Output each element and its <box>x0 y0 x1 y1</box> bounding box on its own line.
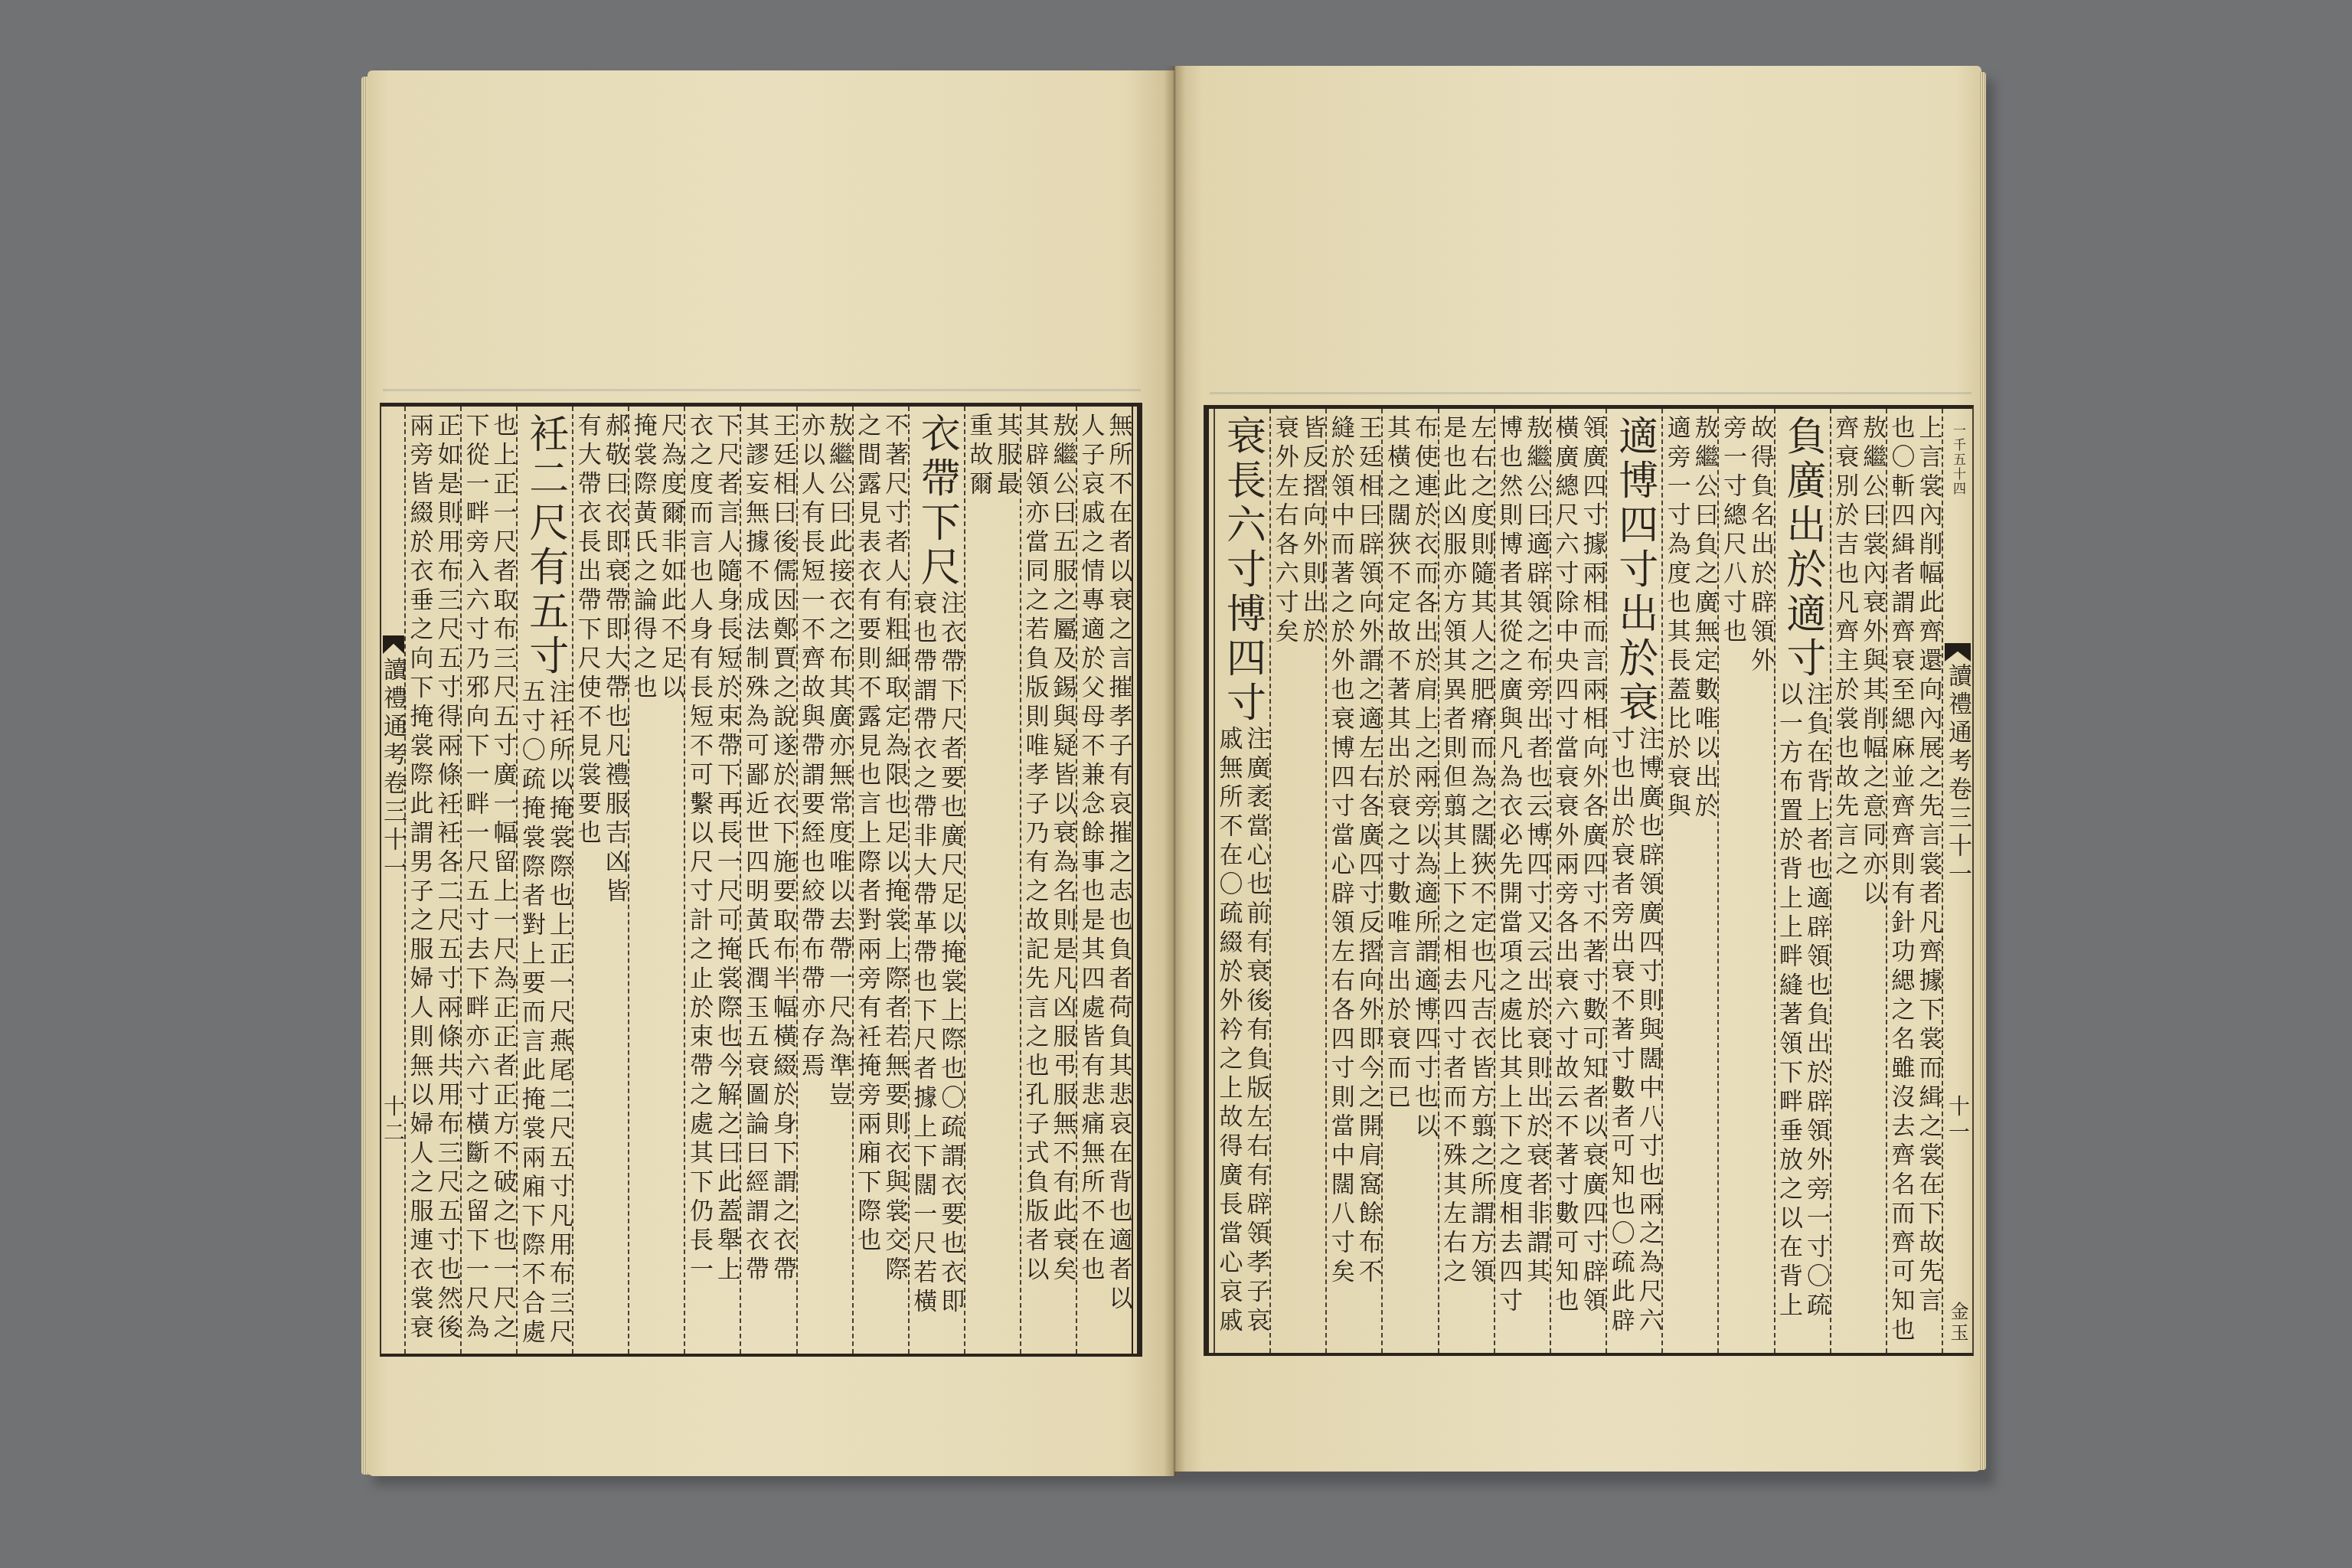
commentary-note: 注廣袤當心也前有衰後有負版左右有辟領孝子哀 戚無所不在〇疏綴於外衿之上故得廣長當… <box>1217 726 1269 1337</box>
commentary-note: 敖繼公曰裳內衰外與其削幅之意同亦以 齊衰別於吉也凡齊主於裳也故先言之 <box>1832 415 1884 910</box>
text-column: 故得負名出於辟領外 旁一寸總尺八寸也 <box>1717 409 1773 1353</box>
commentary-note: 敖繼公曰五服之屬及錫與疑皆以衰為名則是凡凶服弔服無不有此衰矣 其辟領亦當同之若負… <box>1022 413 1074 1285</box>
text-column: 衰長六寸博四寸 注廣袤當心也前有衰後有負版左右有辟領孝子哀 戚無所不在〇疏綴於外… <box>1214 409 1269 1353</box>
text-column: 尺為度爾非如此不足以 掩裳際黃氏之論得之也 <box>628 407 684 1354</box>
commentary-note: 正如是則用布三尺五寸得兩條衽衽各二尺五寸兩條共用布三尺五寸也然後 兩旁皆綴於衣垂… <box>407 413 459 1344</box>
note-right-line: 皆反摺向外則出於 <box>1300 415 1325 648</box>
note-left-line: 之間露見表衣有要則不露見也言上際者對兩旁有衽掩旁兩廂下際也 <box>854 413 879 1285</box>
page-stack-edge-right <box>1978 72 1986 1470</box>
note-right-line: 敖繼公曰此接衣之布其廣亦無常度唯以去帶一尺為準豈 <box>826 413 851 1111</box>
commentary-note: 注衽所以掩裳際也上正一尺燕尾二尺五寸凡用布三尺 五寸〇疏掩裳際者對上要而言此掩裳… <box>519 679 571 1348</box>
note-right-line: 不著尺寸者人有粗細取定為限也足以掩裳上際者若無要則衣與裳交際 <box>882 413 906 1285</box>
note-right-line: 領廣四寸據兩相而言兩相向外各廣四寸不著寸數可知者以衰廣四寸辟領 <box>1579 415 1604 1317</box>
left-page-banxin-margin: 讀禮通考卷三十一 十二 <box>381 407 404 1354</box>
note-right-line: 故得負名出於辟領外 <box>1748 415 1772 677</box>
note-right-line: 正如是則用布三尺五寸得兩條衽衽各二尺五寸兩條共用布三尺五寸也然後 <box>435 413 459 1344</box>
text-column: 也上正一尺者取布三尺五寸廣一幅留上一尺為正正者正方不破之也一尺之 下從一畔旁入六… <box>460 407 516 1354</box>
fish-tail-icon <box>1945 643 1971 661</box>
commentary-note: 尺為度爾非如此不足以 掩裳際黃氏之論得之也 <box>631 413 683 704</box>
commentary-note: 下尺者言人隨身長短於束帶下再長一尺可掩裳際也今解之曰此蓋舉上 衣之度而言也人身有… <box>687 413 739 1285</box>
text-column: 領廣四寸據兩相而言兩相向外各廣四寸不著寸數可知者以衰廣四寸辟領 橫廣總尺六寸除中… <box>1550 409 1606 1353</box>
note-left-line: 也〇斬四緝者謂齊衰至緦麻並齊齊則有針功緦之名雖沒去齊名而齊可知也 <box>1888 415 1913 1346</box>
note-right-line: 郝敬曰衣即衰帶即大帶也凡禮服吉凶皆 <box>603 413 627 907</box>
text-column: 郝敬曰衣即衰帶即大帶也凡禮服吉凶皆 有大帶衣長出帶下尺使不見裳要也 <box>572 407 628 1354</box>
note-left-line: 衰也帶謂帶衣之帶非大帶革帶也下尺者據上下闊一尺若橫 <box>910 590 935 1318</box>
text-column: 適博四寸出於衰 注博廣也辟領廣四寸則與闊中八寸也兩之為尺六 寸也出於衰者旁出衰不… <box>1606 409 1661 1353</box>
commentary-note: 敖繼公曰負之廣無定數唯以出於 適旁一寸為度也其長蓋比於衰與 <box>1664 415 1717 822</box>
book-spine-fold <box>1164 66 1185 1476</box>
text-column: 負廣出於適寸 注負在背上者也適辟領也負出於辟領外旁一寸〇疏 以一方布置於背上上畔… <box>1774 409 1830 1353</box>
commentary-note: 布使連於衣而各出於肩上之兩旁以為適所謂適博四寸也以 其橫之闊狹不定故不著其出於衰… <box>1384 415 1436 1142</box>
note-right-line: 敖繼公曰負之廣無定數唯以出於 <box>1692 415 1717 822</box>
commentary-note: 敖繼公曰此接衣之布其廣亦無常度唯以去帶一尺為準豈 亦以人有長短一不齊故與帶謂要絰… <box>799 413 851 1111</box>
text-column: 左右之度則隨其人之肥瘠而為之闊狹不定也凡吉衣皆方翦之所謂方領 是也此凶服亦方領其… <box>1438 409 1494 1353</box>
note-right-line: 王廷相曰辟領向外謂之適左右各廣四寸反摺向外即今之開肩窩餘布不 <box>1356 415 1380 1288</box>
note-right-line: 下尺者言人隨身長短於束帶下再長一尺可掩裳際也今解之曰此蓋舉上 <box>714 413 739 1285</box>
commentary-note: 上言裳內削幅此齊還向內展之先言裳者凡齊據下裳而緝之裳在下故先言 也〇斬四緝者謂齊… <box>1888 415 1940 1346</box>
note-right-line: 敖繼公曰裳內衰外與其削幅之意同亦以 <box>1860 415 1884 910</box>
show-through-line <box>1210 392 1971 394</box>
right-page-banxin-margin: 一千五十四 讀禮通考卷三十一 十一 金玉 <box>1942 409 1972 1353</box>
note-left-line: 其謬妄無據不成法制殊為可鄙近世四明黃氏潤玉五衰圖論曰經謂衣帶 <box>743 413 767 1285</box>
note-left-line: 下從一畔旁入六寸乃邪向下一畔一尺五寸去下畔亦六寸橫斷之留下一尺為 <box>463 413 488 1344</box>
page-number: 十一 <box>1946 1095 1969 1147</box>
commentary-note: 皆反摺向外則出於 衰外左右各六寸矣 <box>1272 415 1325 648</box>
note-left-line: 適旁一寸為度也其長蓋比於衰與 <box>1664 415 1689 822</box>
commentary-note: 不著尺寸者人有粗細取定為限也足以掩裳上際者若無要則衣與裳交際 之間露見表衣有要則… <box>854 413 906 1285</box>
commentary-note: 領廣四寸據兩相而言兩相向外各廣四寸不著寸數可知者以衰廣四寸辟領 橫廣總尺六寸除中… <box>1552 415 1604 1317</box>
note-left-line: 重故爾 <box>966 413 991 500</box>
page-number: 十二 <box>381 1095 404 1147</box>
text-column: 皆反摺向外則出於 衰外左右各六寸矣 <box>1269 409 1325 1353</box>
note-left-line: 戚無所不在〇疏綴於外衿之上故得廣長當心哀戚 <box>1217 726 1241 1337</box>
note-right-line: 注廣袤當心也前有衰後有負版左右有辟領孝子哀 <box>1244 726 1269 1337</box>
note-left-line: 其辟領亦當同之若負版則唯孝子乃有之故記先言之也孔子式負版者以 <box>1022 413 1047 1285</box>
note-right-line: 無所不在者以衰之言摧孝子有哀摧之志也負者荷負其悲哀在背也適者以 <box>1106 413 1130 1315</box>
main-text: 適博四寸出於衰 <box>1612 415 1657 726</box>
note-right-line: 敖繼公曰適辟領之布旁出者也云博四寸又云出於衰則出於衰者非謂其 <box>1524 415 1548 1317</box>
commentary-note: 敖繼公曰適辟領之布旁出者也云博四寸又云出於衰則出於衰者非謂其 博也然則博者其從之… <box>1496 415 1548 1317</box>
note-right-line: 敖繼公曰五服之屬及錫與疑皆以衰為名則是凡凶服弔服無不有此衰矣 <box>1050 413 1074 1285</box>
commentary-note: 注博廣也辟領廣四寸則與闊中八寸也兩之為尺六 寸也出於衰者旁出衰不著寸數者可知也〇… <box>1609 726 1661 1337</box>
note-left-line: 是也此凶服亦方領其異者則但翦其上下之相去四寸者而不殊其左右之 <box>1440 415 1465 1288</box>
main-text: 衣帶下尺 <box>914 413 959 590</box>
note-right-line: 注博廣也辟領廣四寸則與闊中八寸也兩之為尺六 <box>1636 726 1661 1337</box>
left-page-columns: 無所不在者以衰之言摧孝子有哀摧之志也負者荷負其悲哀在背也適者以 人子哀戚之情專適… <box>404 407 1133 1354</box>
fish-tail-icon <box>383 635 404 654</box>
note-right-line: 布使連於衣而各出於肩上之兩旁以為適所謂適博四寸也以 <box>1412 415 1436 1142</box>
main-text: 負廣出於適寸 <box>1780 415 1824 681</box>
right-page-text-frame: 上言裳內削幅此齊還向內展之先言裳者凡齊據下裳而緝之裳在下故先言 也〇斬四緝者謂齊… <box>1204 405 1974 1356</box>
note-right-line: 王廷相曰後儒因鄭賈之說遂於衣下施要取布半幅橫綴於身下謂之衣帶 <box>770 413 795 1285</box>
text-column: 布使連於衣而各出於肩上之兩旁以為適所謂適博四寸也以 其橫之闊狹不定故不著其出於衰… <box>1381 409 1437 1353</box>
note-right-line: 上言裳內削幅此齊還向內展之先言裳者凡齊據下裳而緝之裳在下故先言 <box>1916 415 1940 1346</box>
note-left-line: 兩旁皆綴於衣垂之向下掩裳際此謂男子之服婦人則無以婦人之服連衣裳衰 <box>407 413 432 1344</box>
text-column: 敖繼公曰此接衣之布其廣亦無常度唯以去帶一尺為準豈 亦以人有長短一不齊故與帶謂要絰… <box>796 407 852 1354</box>
text-column: 衽二尺有五寸 注衽所以掩裳際也上正一尺燕尾二尺五寸凡用布三尺 五寸〇疏掩裳際者對… <box>516 407 572 1354</box>
commentary-note: 王廷相曰辟領向外謂之適左右各廣四寸反摺向外即今之開肩窩餘布不 縫於領中而著之於外… <box>1328 415 1380 1288</box>
note-right-line: 尺為度爾非如此不足以 <box>658 413 683 704</box>
right-page-columns: 上言裳內削幅此齊還向內展之先言裳者凡齊據下裳而緝之裳在下故先言 也〇斬四緝者謂齊… <box>1214 409 1942 1353</box>
note-left-line: 齊衰別於吉也凡齊主於裳也故先言之 <box>1832 415 1857 910</box>
note-left-line: 五寸〇疏掩裳際者對上要而言此掩裳兩廂下際不合處 <box>519 679 544 1348</box>
note-left-line: 橫廣總尺六寸除中央四寸當衰衰外兩旁各出衰六寸故云不著寸數可知也 <box>1552 415 1576 1317</box>
text-column: 其服最 重故爾 <box>964 407 1020 1354</box>
text-column: 正如是則用布三尺五寸得兩條衽衽各二尺五寸兩條共用布三尺五寸也然後 兩旁皆綴於衣垂… <box>404 407 460 1354</box>
commentary-note: 也上正一尺者取布三尺五寸廣一幅留上一尺為正正者正方不破之也一尺之 下從一畔旁入六… <box>463 413 515 1344</box>
text-column: 敖繼公曰負之廣無定數唯以出於 適旁一寸為度也其長蓋比於衰與 <box>1661 409 1717 1353</box>
note-left-line: 以一方布置於背上上畔縫著領下畔垂放之以在背上 <box>1776 681 1801 1321</box>
commentary-note: 其服最 重故爾 <box>966 413 1018 500</box>
note-left-line: 亦以人有長短一不齊故與帶謂要絰也絞帶布帶亦存焉 <box>799 413 823 1111</box>
note-left-line: 旁一寸總尺八寸也 <box>1720 415 1745 677</box>
text-column: 敖繼公曰五服之屬及錫與疑皆以衰為名則是凡凶服弔服無不有此衰矣 其辟領亦當同之若負… <box>1020 407 1076 1354</box>
note-left-line: 衰外左右各六寸矣 <box>1272 415 1297 648</box>
main-text: 衰長六寸博四寸 <box>1220 415 1265 726</box>
commentary-note: 故得負名出於辟領外 旁一寸總尺八寸也 <box>1720 415 1772 677</box>
commentary-note: 郝敬曰衣即衰帶即大帶也凡禮服吉凶皆 有大帶衣長出帶下尺使不見裳要也 <box>575 413 627 907</box>
note-left-line: 有大帶衣長出帶下尺使不見裳要也 <box>575 413 599 907</box>
note-left-line: 縫於領中而著之於外也衰博四寸當心辟領左右各四寸則當中闊八寸矣 <box>1328 415 1353 1288</box>
text-column: 敖繼公曰裳內衰外與其削幅之意同亦以 齊衰別於吉也凡齊主於裳也故先言之 <box>1830 409 1886 1353</box>
note-left-line: 其橫之闊狹不定故不著其出於衰之寸數唯言出於衰而已 <box>1384 415 1409 1142</box>
commentary-note: 注衣帶下尺者要也廣尺足以掩裳上際也〇疏謂衣要也衣即 衰也帶謂帶衣之帶非大帶革帶也… <box>910 590 962 1318</box>
text-column: 下尺者言人隨身長短於束帶下再長一尺可掩裳際也今解之曰此蓋舉上 衣之度而言也人身有… <box>684 407 740 1354</box>
printer-mark: 金玉 <box>1948 1302 1968 1344</box>
note-right-line: 也上正一尺者取布三尺五寸廣一幅留上一尺為正正者正方不破之也一尺之 <box>491 413 515 1344</box>
note-right-line: 注衽所以掩裳際也上正一尺燕尾二尺五寸凡用布三尺 <box>547 679 571 1348</box>
note-right-line: 注負在背上者也適辟領也負出於辟領外旁一寸〇疏 <box>1804 681 1828 1321</box>
text-column: 無所不在者以衰之言摧孝子有哀摧之志也負者荷負其悲哀在背也適者以 人子哀戚之情專適… <box>1076 407 1132 1354</box>
note-left-line: 人子哀戚之情專適於父母不兼念餘事也是其四處皆有悲痛無所不在也 <box>1078 413 1102 1315</box>
note-right-line: 左右之度則隨其人之肥瘠而為之闊狹不定也凡吉衣皆方翦之所謂方領 <box>1468 415 1492 1288</box>
text-column: 不著尺寸者人有粗細取定為限也足以掩裳上際者若無要則衣與裳交際 之間露見表衣有要則… <box>852 407 908 1354</box>
running-title: 讀禮通考卷三十一 <box>381 657 405 884</box>
main-text: 衽二尺有五寸 <box>523 413 567 679</box>
commentary-note: 無所不在者以衰之言摧孝子有哀摧之志也負者荷負其悲哀在背也適者以 人子哀戚之情專適… <box>1078 413 1130 1315</box>
commentary-note: 左右之度則隨其人之肥瘠而為之闊狹不定也凡吉衣皆方翦之所謂方領 是也此凶服亦方領其… <box>1440 415 1492 1288</box>
note-right-line: 其服最 <box>994 413 1018 500</box>
block-count-note: 一千五十四 <box>1951 423 1965 496</box>
text-column: 王廷相曰後儒因鄭賈之說遂於衣下施要取布半幅橫綴於身下謂之衣帶 其謬妄無據不成法制… <box>740 407 795 1354</box>
commentary-note: 王廷相曰後儒因鄭賈之說遂於衣下施要取布半幅橫綴於身下謂之衣帶 其謬妄無據不成法制… <box>743 413 795 1285</box>
text-column: 上言裳內削幅此齊還向內展之先言裳者凡齊據下裳而緝之裳在下故先言 也〇斬四緝者謂齊… <box>1886 409 1942 1353</box>
left-page-text-frame: 讀禮通考卷三十一 十二 無所不在者以衰之言摧孝子有哀摧之志也負者荷負其悲哀在背也… <box>380 403 1142 1357</box>
commentary-note: 注負在背上者也適辟領也負出於辟領外旁一寸〇疏 以一方布置於背上上畔縫著領下畔垂放… <box>1776 681 1828 1321</box>
note-left-line: 寸也出於衰者旁出衰不著寸數者可知也〇疏此辟 <box>1609 726 1633 1337</box>
text-column: 王廷相曰辟領向外謂之適左右各廣四寸反摺向外即今之開肩窩餘布不 縫於領中而著之於外… <box>1325 409 1381 1353</box>
note-left-line: 博也然則博者其從之廣與凡為衣必先開當項之處比其上下之度相去四寸 <box>1496 415 1521 1317</box>
text-column: 衣帶下尺 注衣帶下尺者要也廣尺足以掩裳上際也〇疏謂衣要也衣即 衰也帶謂帶衣之帶非… <box>908 407 964 1354</box>
note-left-line: 衣之度而言也人身有長短不可繫以尺寸計之止於束帶之處其下仍長一 <box>687 413 711 1285</box>
note-left-line: 掩裳際黃氏之論得之也 <box>631 413 655 704</box>
show-through-line <box>383 389 1141 391</box>
note-right-line: 注衣帶下尺者要也廣尺足以掩裳上際也〇疏謂衣要也衣即 <box>938 590 962 1318</box>
running-title: 讀禮通考卷三十一 <box>1945 663 1970 890</box>
text-column: 敖繼公曰適辟領之布旁出者也云博四寸又云出於衰則出於衰者非謂其 博也然則博者其從之… <box>1494 409 1550 1353</box>
